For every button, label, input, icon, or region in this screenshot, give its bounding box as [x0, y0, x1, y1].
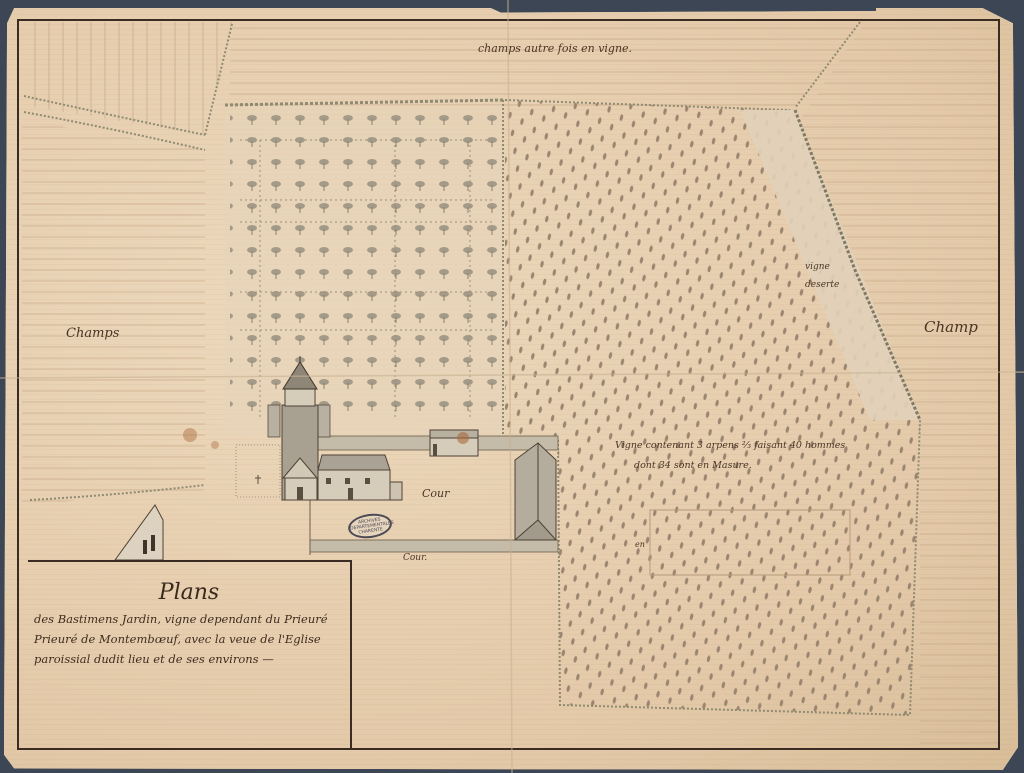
label-vineyard-line-2: dont 34 sont en Masure. [634, 460, 752, 471]
outbuilding [430, 430, 478, 456]
barn [515, 443, 556, 540]
cemetery [236, 445, 280, 497]
label-left-field: Champs [66, 326, 119, 341]
label-courtyard: Cour [422, 487, 449, 500]
garden-orchard [225, 100, 505, 440]
label-right-field: Champ [924, 318, 978, 336]
small-house [115, 505, 163, 560]
title-line-2: Prieuré de Montembœuf, avec la veue de l… [34, 632, 321, 646]
label-vigne: vigne [805, 262, 830, 272]
label-vineyard-line-1: Vigne contenant 3 arpens ⅔ faisant 40 ho… [615, 440, 845, 451]
priory-house [318, 455, 402, 500]
title-line-1: des Bastimens Jardin, vigne dependant du… [34, 612, 328, 626]
title-line-3: paroissial dudit lieu et de ses environs… [34, 652, 274, 666]
label-top-field: champs autre fois en vigne. [478, 42, 632, 55]
label-vineyard-mark: en [635, 540, 645, 549]
title-heading: Plans [28, 580, 350, 605]
label-deserte: deserte [805, 280, 839, 290]
title-cartouche: Plans des Bastimens Jardin, vigne depend… [28, 560, 352, 748]
label-outer-court: Cour. [403, 553, 427, 563]
